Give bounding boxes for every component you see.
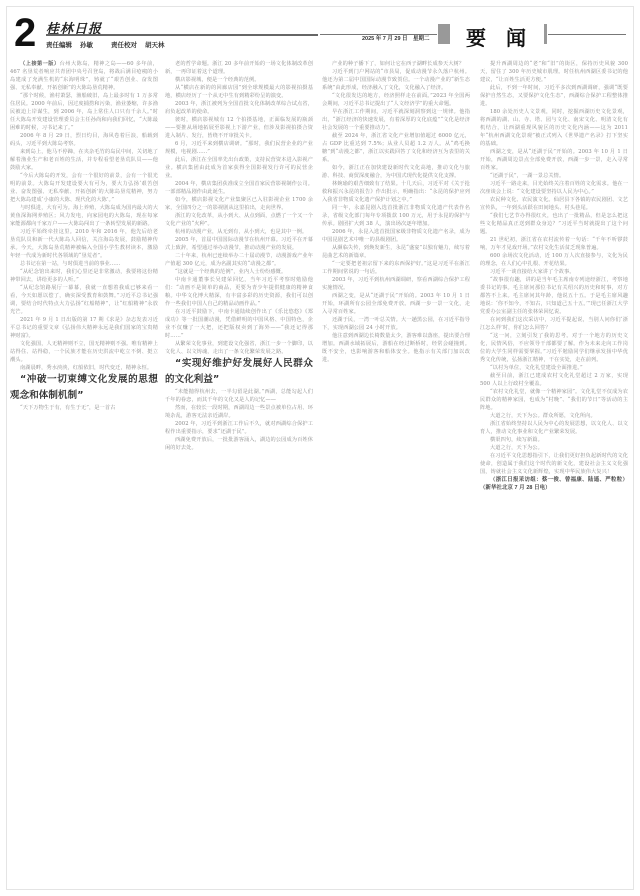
proof-name: 胡天林 xyxy=(145,42,165,49)
article-paragraph: 习近平到门户网站的“市县局，促成动漫节永久落户杭州。他还为第二届中国国际动漫节致… xyxy=(322,68,470,92)
article-paragraph: “这就是一个经典的范例”，业内人士纷纷感慨。 xyxy=(165,268,313,276)
article-paragraph: 从濒临失传，到焕发新生，永昆“盛宴”以独有魅力，续写着昆曲艺术的新篇章。 xyxy=(322,244,470,260)
article-paragraph: 文化强国，人无精神则不立，国无精神则不强。唯有精神上站得住、站得稳，一个民族才能… xyxy=(10,340,158,364)
article-paragraph: “文化很发达的地方，经济照样走在前面。”2023 年全国两会期间，习近平总书记提… xyxy=(322,92,470,108)
header-rule xyxy=(548,34,626,35)
section-title: 要闻 xyxy=(466,22,546,51)
article-paragraph: 农民种文化、农民演文化。仙居县下各镇的农民剧团、文艺宣传队，一年到头活跃在田间地… xyxy=(480,196,628,212)
article-paragraph: “今后大陈岛的开发，会有一个很好的前景，会有一个很光明的前景。大陈岛开发建设要大… xyxy=(10,172,158,204)
article-paragraph: 同一年，永嘉昆剧入选首批浙江非物质文化遗产代表作名录，省级文化部门每年专项拨款 … xyxy=(322,204,470,228)
article-paragraph: 习近平一路走来，目光始终关注着百姓的文化需求。他在一次座谈会上说：“文化建设要坚… xyxy=(480,180,628,196)
proof-label: 责任校对 xyxy=(111,42,137,49)
article-paragraph: 21 世纪初，浙江省在农村流传着一句话：“千年不听锣鼓响，万年才见戏开场。”农村… xyxy=(480,236,628,252)
article-paragraph: 从繁荣文化事业，到建设文化强省，浙江一步一个脚印，以文化人、以文铸魂，走出了一条… xyxy=(165,340,313,356)
article-paragraph: 然而，在较长一段时期，西湖周边一些景点被单位占用、环境杂乱，游客无法亲近湖岸。 xyxy=(165,404,313,420)
article-paragraph: 2004 年，横店集团获准成立全国首家民营影视制作公司。一部部精品剧作由此诞生。 xyxy=(165,180,313,196)
editor-label: 责任编辑 xyxy=(46,42,72,49)
header-rule xyxy=(46,34,318,36)
article-paragraph: 还湖于民，一湾一叶总关情。大一趟黑公园，在习近平指导下，实现西湖公园 24 小时… xyxy=(322,316,470,332)
article-paragraph: 横渠四句，续写新篇。 xyxy=(480,436,628,444)
article-paragraph: 林婉瑜的艰苦细致有了结果。十几天后，习近平对《关于抢救和振兴永昆的报告》作出批示… xyxy=(322,180,470,204)
article-column-3: 产业的种子播下了，如何让它在西子湖畔长成参天大树？习近平到门户网站的“市县局，促… xyxy=(322,60,470,886)
article-paragraph: 大道之行，天下为公。群众所愿，文化所向。 xyxy=(480,412,628,420)
article-paragraph: 2021 年 9 月 1 日出版的第 17 期《求是》杂志发表习近平总书记的重要… xyxy=(10,316,158,340)
article-paragraph: 600 余场次文化活动，近 100 万人次直接参与，文化为民的理念，在人们心中扎… xyxy=(480,252,628,268)
article-paragraph: 来到岛上，他马不停蹄，在夹杂毛竹的岛民中间，关切地了解着渔业生产和老百姓的生活，… xyxy=(10,148,158,172)
article-paragraph: “那个时候，渔村萧瑟，渔船破旧，岛上最多时有 1 万多常住居民。2000 年前后… xyxy=(10,92,158,132)
article-paragraph: 此后，浙江在全国率先出台政策，支持民营资本进入影视产业。横店集团由此成为首家获得… xyxy=(165,156,313,180)
article-column-2: 老的哲学命题。浙江 20 多年前开始的一场文化体制改革创新，一再印证着这个道理。… xyxy=(165,60,313,886)
continued-from-label: （上接第一版） xyxy=(20,61,60,67)
editor-name: 孙敏 xyxy=(80,42,93,49)
article-paragraph: 2006 年，永昆入选首批国家级非物质文化遗产名录，成为中国昆剧艺术中唯一的县级… xyxy=(322,228,470,244)
article-paragraph: 他注意到西湖边长椅数量太少，游客难以落座，提出要合理增加。西湖水域拓展后，游船在… xyxy=(322,332,470,364)
article-lead: （上接第一版）台州大陈岛，精神之岛——60 多年前，467 名垦荒者响应共青团中… xyxy=(10,60,158,92)
article-paragraph: 2005 年，首届中国国际动漫节在杭州开幕。习近平在开幕式上致辞，希望通过举办动… xyxy=(165,236,313,252)
issue-date: 2025 年 7 月 29 日 星期二 xyxy=(362,34,430,42)
article-paragraph: 西湖之变，是从“还湖于民”开始的。2003 年 10 月 1 日开始，环湖所有公… xyxy=(322,292,470,316)
article-paragraph: “以村为单位，文化礼堂建设全面推进。” xyxy=(480,364,628,372)
editor-credits: 责任编辑孙敏责任校对胡天林 xyxy=(46,40,173,49)
article-paragraph: 二十年来，杭州已连续举办二十届动漫节，动漫游戏产业年产值超 300 亿元，成为名… xyxy=(165,252,313,268)
article-paragraph: 横店影视城，便是一个经典的范例。 xyxy=(165,76,313,84)
article-paragraph: 2002 年，习近平到浙江工作后不久，就对西湖综合保护工程作出重要指示，要求“还… xyxy=(165,420,313,436)
article-paragraph: 2003 年，习近平到杭州西湖调研，察看西湖综合保护工程实施情况。 xyxy=(322,276,470,292)
article-paragraph: 2003 年，浙江被列为全国首批文化体制改革综合试点省，肩负起改革的使命。 xyxy=(165,100,313,116)
article-column-1: （上接第一版）台州大陈岛，精神之岛——60 多年前，467 名垦荒者响应共青团中… xyxy=(10,60,158,886)
article-subheadline: “实现好维护好发展好人民群众的文化利益” xyxy=(165,356,313,388)
article-paragraph: 总书记在第一站，与时俱进当前的事业…… xyxy=(10,260,158,268)
article-paragraph: “从纪念馆路展厅一幕幕，我就一直想着我成已够来看一看，今天如愿以偿了，确实深受教… xyxy=(10,284,158,316)
article-paragraph: 截至 2024 年，浙江省文化产业增加值超过 6000 亿元，占 GDP 比重达… xyxy=(322,132,470,164)
article-paragraph: 大道之行，天下为公。 xyxy=(480,444,628,452)
section-marker-left xyxy=(438,24,450,44)
article-paragraph: 如今，横店影视文化产业集聚区已入驻影视企业 1700 余家，全国四分之一的影视剧… xyxy=(165,196,313,212)
article-paragraph: 浙江省始终坚持以人民为中心的发展思想，以文化人、以文育人，推动文化事业和文化产业… xyxy=(480,420,628,436)
article-paragraph: “从纪念馆出来时，我们心里还是非常激动，我要将这份精神带回去，讲给更多的人听。” xyxy=(10,268,158,284)
article-paragraph: 产业的种子播下了，如何让它在西子湖畔长成参天大树？ xyxy=(322,60,470,68)
article-paragraph: 老的哲学命题。浙江 20 多年前开始的一场文化体制改革创新，一再印证着这个道理。 xyxy=(165,60,313,76)
article-paragraph: 180 余处历史人文景观，同时，挖掘西湖历史文化景观，将西湖的湖、山、寺、塔、园… xyxy=(480,108,628,148)
page-number: 2 xyxy=(14,16,36,50)
article-paragraph: “还湖于民”，一湖一景总关情。 xyxy=(480,172,628,180)
article-paragraph: 在习近平鼓励下，中南卡通陆续创作出了《乐比悠悠》《郑成功》等一批国潮动漫，凭借鲜… xyxy=(165,308,313,340)
article-paragraph: 截至目前，浙江已建成农村文化礼堂超过 2 万家，实现 500 人以上行政村全覆盖… xyxy=(480,372,628,388)
article-paragraph: “故事很有趣，讲的是当年毛主席南专列途经浙江，考察地委书记的事。毛主席问那位书记… xyxy=(480,276,628,316)
masthead: 2 桂林日报 责任编辑孙敏责任校对胡天林 2025 年 7 月 29 日 星期二… xyxy=(0,0,640,56)
article-paragraph: 南湖晨畔，秀水泱泱，红船依旧，时代变迁，精神永恒。 xyxy=(10,364,158,372)
section-marker-right xyxy=(544,24,547,44)
article-paragraph: “未能抛得杭州去，一半勾留是此湖。”西湖，总能勾起人们千年的眷恋，而其千年的文化… xyxy=(165,388,313,404)
article-paragraph: 习近平一谈直接给大家讲了个故事。 xyxy=(480,268,628,276)
article-paragraph: “我们七艺节办得很红火，也出了一批精品，但是怎么把这些文化精品真正送到群众身边？… xyxy=(480,212,628,236)
article-paragraph: “这一问，立刻引发了我的思考。对于一个地方的历史文化，民情风俗，不应领导干部都要… xyxy=(480,332,628,364)
article-paragraph: 从“横店在新的的回廊店园”到全球规模最大的影视拍摄基地，横店经历了一个从无中生有… xyxy=(165,84,313,100)
article-paragraph: 在习近平文化思想指引下，让我们更好担负起新时代的文化使命，创造属于我们这个时代的… xyxy=(480,452,628,476)
article-paragraph: 6 月，习近平来到横店调研。“那时，我们民营企业的产业规模，电视剧……” xyxy=(165,140,313,156)
article-paragraph: 早在浙江工作期间，习近平就深刻洞察到这一规律。他指出，“浙江经济的快速发展，有着… xyxy=(322,108,470,132)
article-paragraph: 浙江的文化改革，从小到大、从点到面，点燃了一个又一个文化产业的“火种”。 xyxy=(165,212,313,228)
article-paragraph: 中南卡通董事长吴建荣回忆，当年习近平考察时勉励他们：“动画不是简单的商品，更要为… xyxy=(165,276,313,308)
article-paragraph: 如今，浙江正在加快建设新时代文化高地，推动文化与旅游、科技、商贸深度融合，为中国… xyxy=(322,164,470,180)
article-paragraph: 在问到我们这次采访中，习近平提起说，当别人问你们‘浙江怎么样’时，你们怎么回答？ xyxy=(480,316,628,332)
article-column-4: 提升西湖周边的“老”和“旧”的街区，保持历史风貌 300 天，留住了 300 年… xyxy=(480,60,628,886)
article-paragraph: “一定要把老祖宗留下来的东西保护好。”这是习近平在浙江工作期间常说的一句话。 xyxy=(322,260,470,276)
article-paragraph: 习近平始终牵挂这里。2010 年和 2016 年，他先后给老垦荒队员和新一代大陈… xyxy=(10,228,158,260)
article-paragraph: “天下万物生于有，有生于无”，是一首古 xyxy=(10,404,158,412)
article-paragraph: 彼时，横店影视城有 12 个拍摄基地，正面临发展的瓶颈——要推从场地拓展至影视上… xyxy=(165,116,313,140)
article-paragraph: 此后，不到一年时间，习近平多次到西湖调研，强调“既要保护自然生态，又要保护文化生… xyxy=(480,84,628,108)
article-byline: （浙江日报采访组：蔡一俊、曾福康、陆遥、严粒粒）（新华社北京 7 月 28 日电… xyxy=(480,476,628,492)
article-paragraph: 西湖免费开放后，一批批游客涌入，湖边的公园成为百姓休闲的好去处。 xyxy=(165,436,313,452)
article-paragraph: 西湖之变，是从“还湖于民”开始的。2003 年 10 月 1 日开始，西湖周边景… xyxy=(480,148,628,172)
article-paragraph: 2006 年 8 月 29 日，烈日灼目，海风卷着巨浪，船载到码头，习近平到大陈… xyxy=(10,132,158,148)
article-paragraph: 与时俱进，大有可为。海上养殖，大陈岛成为国内最大的大黄鱼深海网养殖区；风力发电，… xyxy=(10,204,158,228)
article-paragraph: 提升西湖周边的“老”和“旧”的街区，保持历史风貌 300 天，留住了 300 年… xyxy=(480,60,628,84)
article-subheadline: “冲破一切束缚文化发展的思想观念和体制机制” xyxy=(10,372,158,404)
article-paragraph: “农村文化礼堂，就像一个精神家园”。文化礼堂不仅成为农民群众的精神家园，也成为“… xyxy=(480,388,628,412)
article-paragraph: 杭州的动漫产业，从无到有，从小到大，也是其中一例。 xyxy=(165,228,313,236)
